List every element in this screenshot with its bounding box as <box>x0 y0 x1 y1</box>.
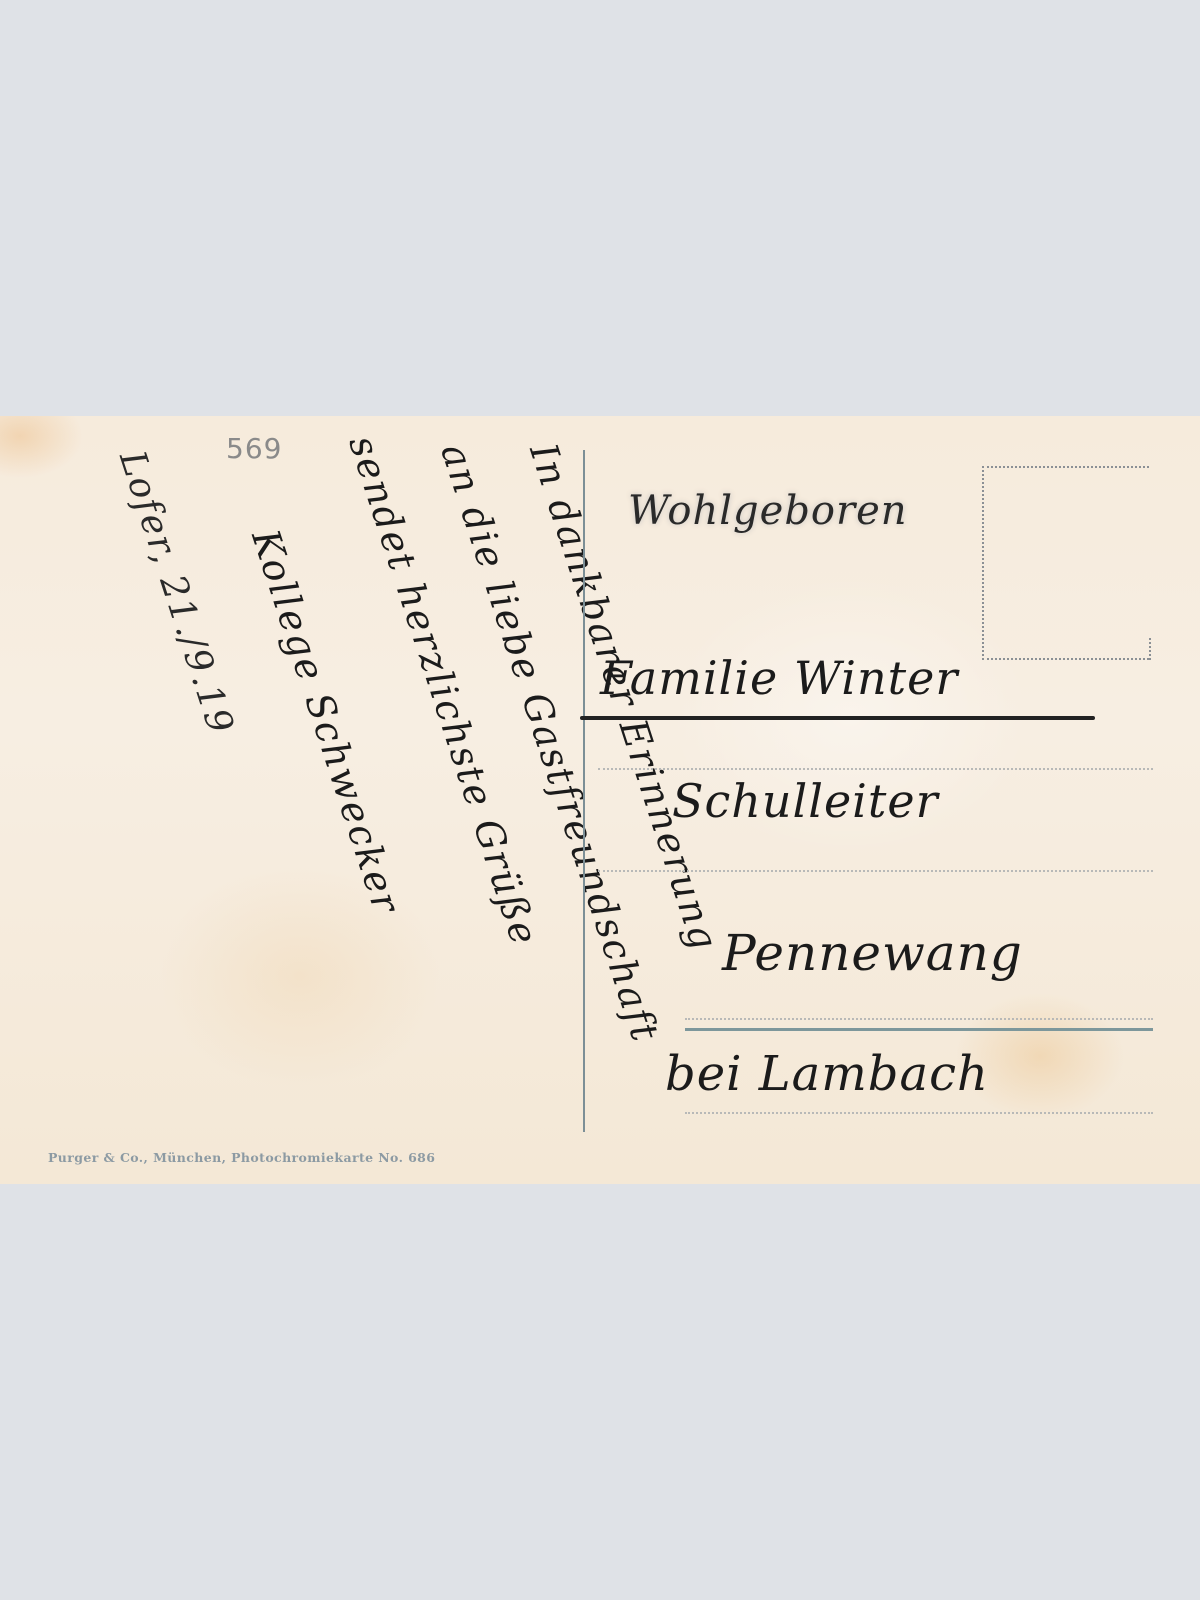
address-town: Pennewang <box>722 924 1023 982</box>
address-rule <box>685 1018 1153 1020</box>
message-place-date: Lofer, 21./9.19 <box>111 446 241 740</box>
address-rule <box>598 870 1153 872</box>
pencil-inventory-mark: 569 <box>226 432 282 465</box>
stamp-box <box>982 466 1149 660</box>
address-title: Schulleiter <box>672 774 939 828</box>
address-rule <box>598 768 1153 770</box>
address-region: bei Lambach <box>665 1046 989 1102</box>
message-line-signature: Kollege Schwecker <box>243 524 409 920</box>
address-name: Familie Winter <box>600 651 958 705</box>
address-rule-solid <box>685 1028 1153 1031</box>
address-rule <box>685 1112 1153 1114</box>
printer-imprint: Purger & Co., München, Photochromiekarte… <box>48 1150 435 1165</box>
address-salutation: Wohlgeboren <box>628 488 908 534</box>
center-divider <box>583 450 585 1132</box>
address-name-underline <box>580 716 1095 720</box>
postcard-scan: 569 Lofer, 21./9.19 Kollege Schwecker se… <box>0 416 1200 1184</box>
